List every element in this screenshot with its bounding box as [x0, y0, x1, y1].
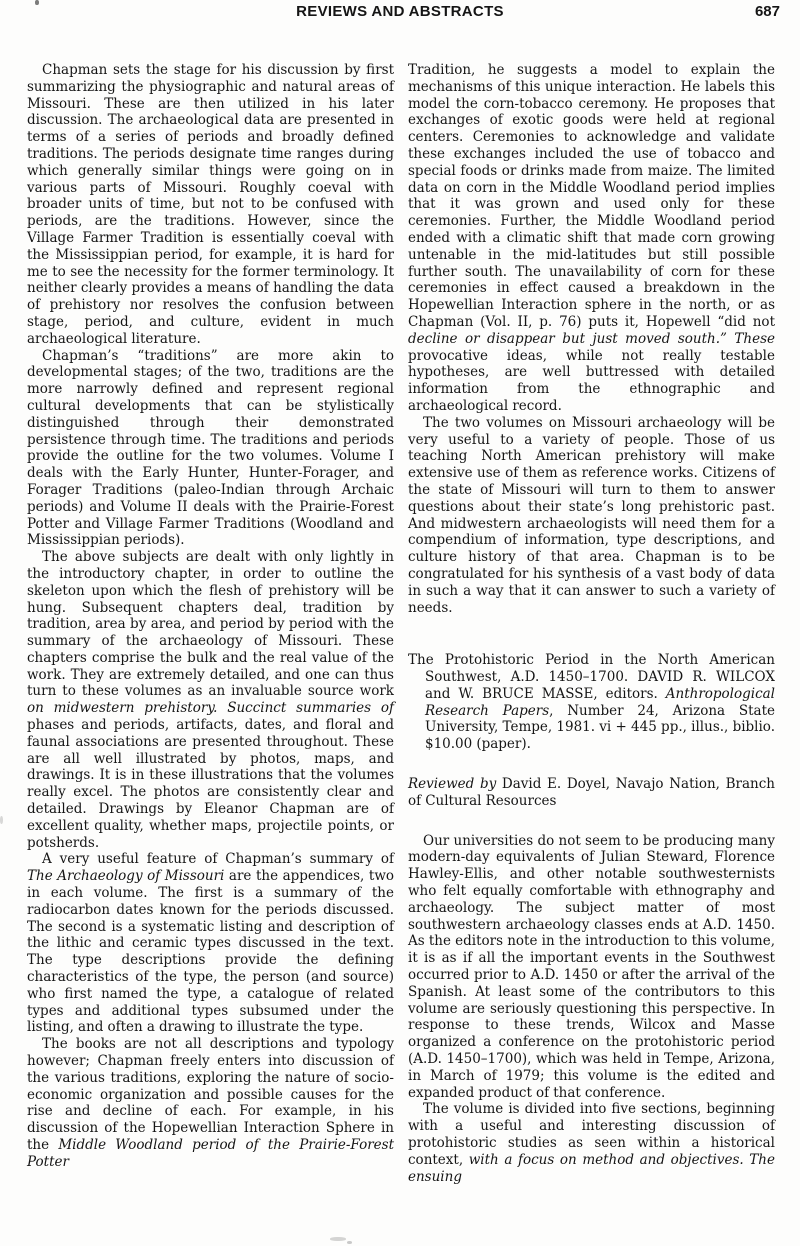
review-paragraph: Tradition, he suggests a model to explai…: [408, 62, 775, 415]
italic-text-segment: Middle Woodland period of the Prairie-Fo…: [27, 1137, 394, 1170]
two-column-text-body: Chapman sets the stage for his discussio…: [0, 30, 800, 1185]
italic-text-segment: on midwestern prehistory. Succinct summa…: [27, 700, 394, 716]
scan-speck: [347, 1241, 352, 1244]
text-segment: Chapman sets the stage for his discussio…: [27, 62, 394, 347]
page-number: 687: [755, 3, 780, 20]
text-segment: The above subjects are dealt with only l…: [27, 549, 394, 699]
review-paragraph: Our universities do not seem to be produ…: [408, 833, 775, 1102]
text-segment: The books are not all descriptions and t…: [27, 1036, 394, 1153]
italic-text-segment: decline or disappear but just moved sout…: [408, 331, 775, 347]
review-paragraph: The above subjects are dealt with only l…: [27, 549, 394, 851]
text-segment: Our universities do not seem to be produ…: [408, 833, 775, 1101]
book-citation: The Protohistoric Period in the North Am…: [408, 652, 775, 753]
journal-page: REVIEWS AND ABSTRACTS 687 Chapman sets t…: [0, 0, 800, 1246]
page-header: REVIEWS AND ABSTRACTS 687: [0, 0, 800, 30]
review-paragraph: The volume is divided into five sections…: [408, 1101, 775, 1185]
text-segment: phases and periods, artifacts, dates, an…: [27, 717, 394, 851]
right-text-column: Tradition, he suggests a model to explai…: [408, 62, 775, 1185]
review-paragraph: Chapman sets the stage for his discussio…: [27, 62, 394, 348]
text-segment: provocative ideas, while not really test…: [408, 348, 775, 414]
left-text-column: Chapman sets the stage for his discussio…: [27, 62, 394, 1185]
reviewer-byline: Reviewed by David E. Doyel, Navajo Natio…: [408, 776, 775, 810]
text-segment: Tradition, he suggests a model to explai…: [408, 62, 775, 330]
text-segment: Chapman’s “traditions” are more akin to …: [27, 348, 394, 549]
review-paragraph: The books are not all descriptions and t…: [27, 1036, 394, 1170]
review-paragraph: The two volumes on Missouri archaeology …: [408, 415, 775, 617]
text-segment: are the appendices, two in each volume. …: [27, 868, 394, 1035]
text-segment: The two volumes on Missouri archaeology …: [408, 415, 775, 616]
running-head-title: REVIEWS AND ABSTRACTS: [0, 3, 800, 20]
text-segment: A very useful feature of Chapman’s summa…: [42, 851, 394, 867]
review-paragraph: Chapman’s “traditions” are more akin to …: [27, 348, 394, 550]
review-paragraph: A very useful feature of Chapman’s summa…: [27, 851, 394, 1036]
italic-text-segment: Reviewed by: [408, 776, 496, 792]
scan-smudge: [330, 1237, 346, 1241]
italic-text-segment: The Archaeology of Missouri: [27, 868, 224, 884]
scan-speck: [0, 816, 3, 824]
